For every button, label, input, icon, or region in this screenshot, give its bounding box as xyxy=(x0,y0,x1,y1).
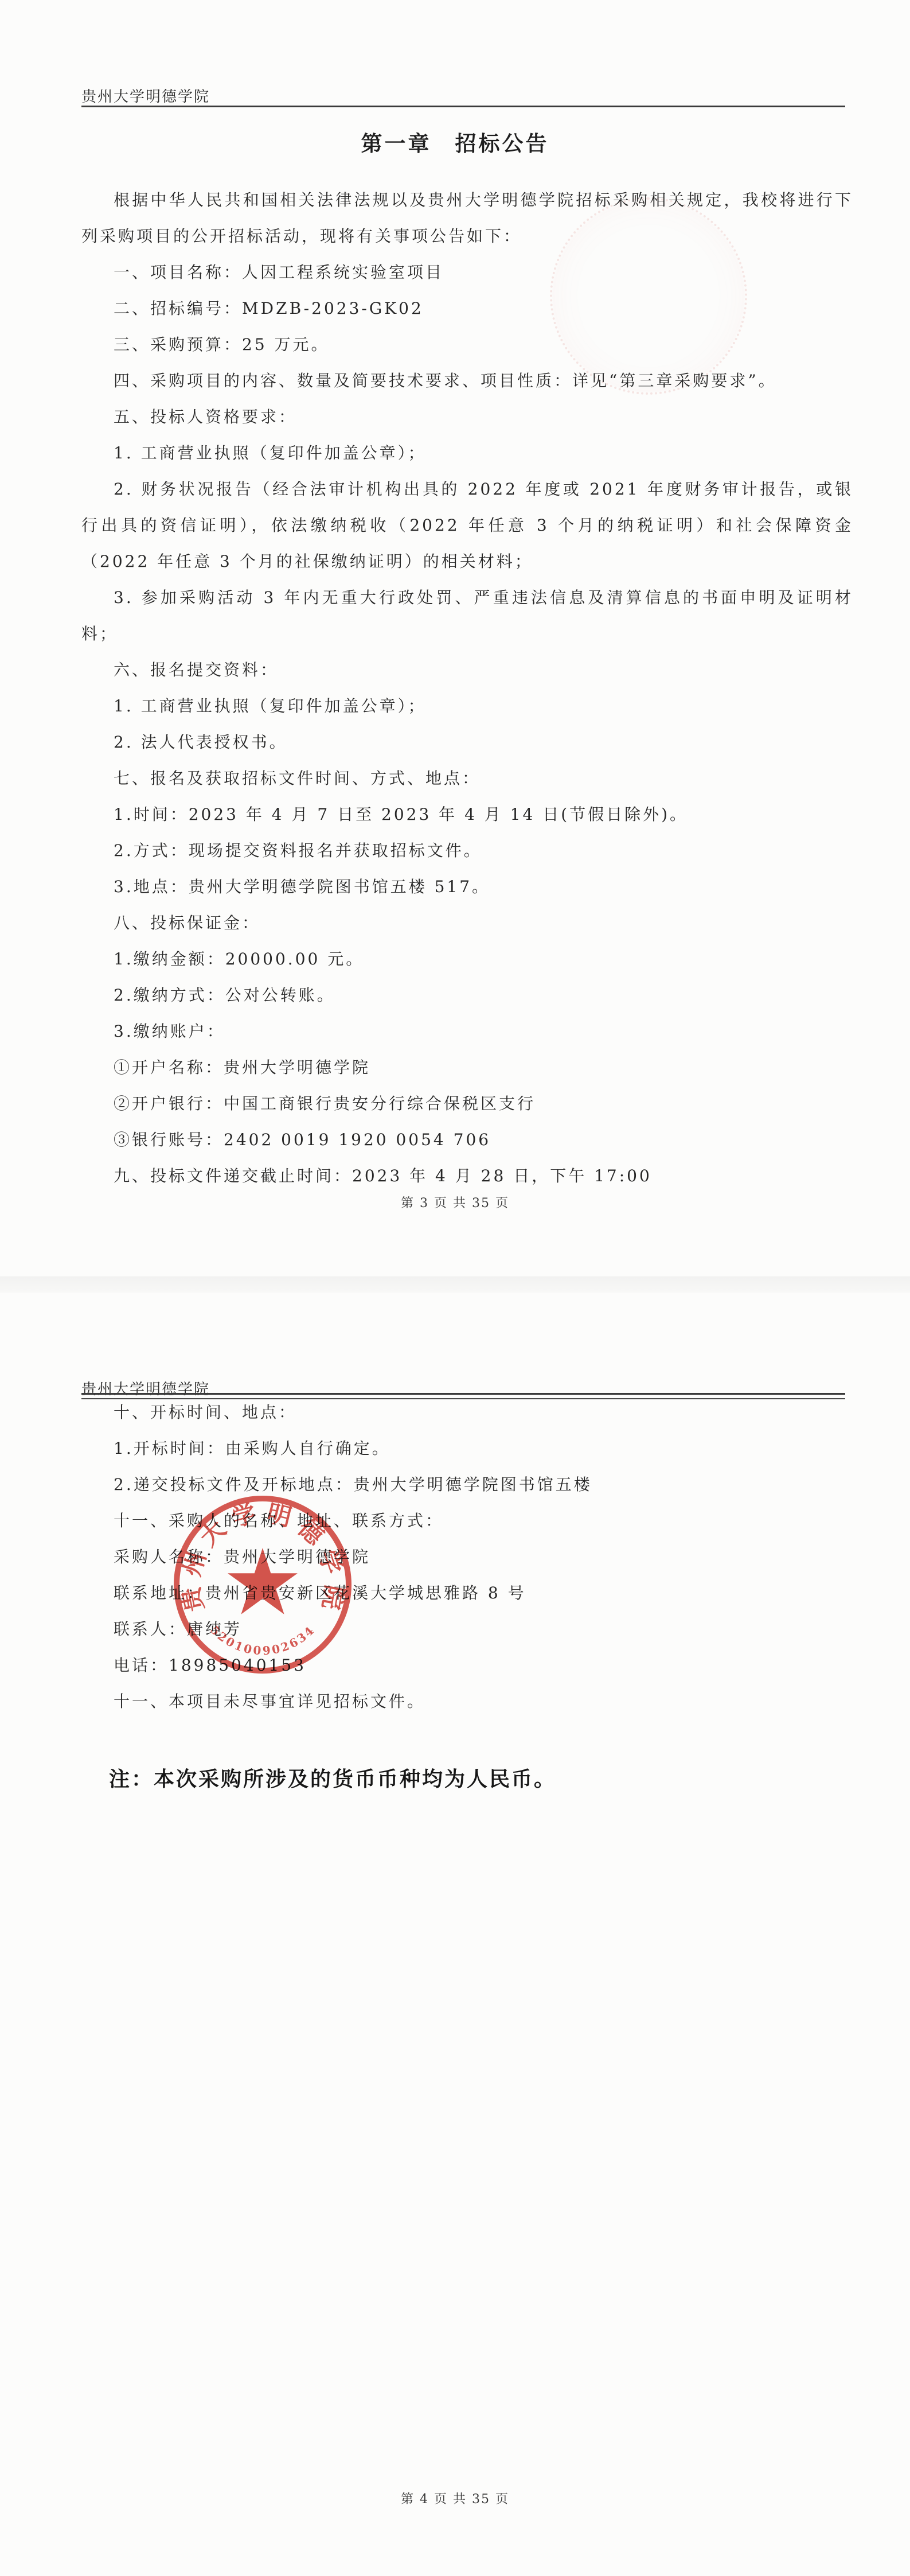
document-canvas: 贵州大学明德学院 第一章 招标公告 根据中华人民共和国相关法律法规以及贵州大学明… xyxy=(0,0,910,2576)
page-number: 第 3 页 共 35 页 xyxy=(0,1193,910,1211)
chapter-title: 第一章 招标公告 xyxy=(0,126,910,157)
paragraph: ②开户银行：中国工商银行贵安分行综合保税区支行 xyxy=(81,1085,853,1122)
paragraph: ①开户名称：贵州大学明德学院 xyxy=(81,1049,853,1085)
page-body: 根据中华人民共和国相关法律法规以及贵州大学明德学院招标采购相关规定，我校将进行下… xyxy=(81,182,853,1194)
paragraph: 三、采购预算：25 万元。 xyxy=(81,326,853,363)
paragraph: 七、报名及获取招标文件时间、方式、地点： xyxy=(81,760,853,796)
paragraph: 五、投标人资格要求： xyxy=(81,399,853,435)
paragraph: 六、报名提交资料： xyxy=(81,652,853,688)
currency-note: 注：本次采购所涉及的货币币种均为人民币。 xyxy=(81,1763,864,1792)
paragraph: 1. 工商营业执照（复印件加盖公章）； xyxy=(81,688,853,724)
paragraph: 九、投标文件递交截止时间：2023 年 4 月 28 日，下午 17:00 xyxy=(81,1158,853,1194)
page-number: 第 4 页 共 35 页 xyxy=(0,2489,910,2507)
paragraph: 2. 法人代表授权书。 xyxy=(81,724,853,760)
paragraph: 1. 工商营业执照（复印件加盖公章）； xyxy=(81,435,853,471)
seal-star-icon xyxy=(228,1548,298,1614)
page-4: 贵州大学明德学院 十、开标时间、地点： 1.开标时间：由采购人自行确定。 2.递… xyxy=(0,1293,910,2576)
paragraph: 十、开标时间、地点： xyxy=(81,1394,853,1430)
paragraph: 2.缴纳方式：公对公转账。 xyxy=(81,977,853,1013)
paragraph: 十一、本项目未尽事宜详见招标文件。 xyxy=(81,1683,853,1719)
paragraph: 1.时间：2023 年 4 月 7 日至 2023 年 4 月 14 日(节假日… xyxy=(81,796,853,832)
paragraph: 3. 参加采购活动 3 年内无重大行政处罚、严重违法信息及清算信息的书面申明及证… xyxy=(81,579,853,652)
paragraph: 2.方式：现场提交资料报名并获取招标文件。 xyxy=(81,832,853,869)
paragraph: 一、项目名称：人因工程系统实验室项目 xyxy=(81,254,853,290)
paragraph: ③银行账号：2402 0019 1920 0054 706 xyxy=(81,1122,853,1158)
paragraph: 四、采购项目的内容、数量及简要技术要求、项目性质：详见“第三章采购要求”。 xyxy=(81,363,853,399)
header-rule xyxy=(81,106,845,107)
paragraph: 3.缴纳账户： xyxy=(81,1013,853,1049)
official-seal-stamp: 贵州大学明德学院 520100902634 xyxy=(159,1481,366,1688)
paragraph: 1.缴纳金额：20000.00 元。 xyxy=(81,941,853,977)
page-separator xyxy=(0,1277,910,1294)
paragraph: 2. 财务状况报告（经合法审计机构出具的 2022 年度或 2021 年度财务审… xyxy=(81,471,853,579)
page-header-text: 贵州大学明德学院 xyxy=(81,85,210,106)
paragraph: 八、投标保证金： xyxy=(81,905,853,941)
paragraph: 1.开标时间：由采购人自行确定。 xyxy=(81,1430,853,1466)
paragraph: 二、招标编号：MDZB-2023-GK02 xyxy=(81,290,853,326)
paragraph: 根据中华人民共和国相关法律法规以及贵州大学明德学院招标采购相关规定，我校将进行下… xyxy=(81,182,853,254)
seal-code: 520100902634 xyxy=(208,1623,317,1657)
paragraph: 3.地点：贵州大学明德学院图书馆五楼 517。 xyxy=(81,869,853,905)
page-3: 贵州大学明德学院 第一章 招标公告 根据中华人民共和国相关法律法规以及贵州大学明… xyxy=(0,0,910,1277)
